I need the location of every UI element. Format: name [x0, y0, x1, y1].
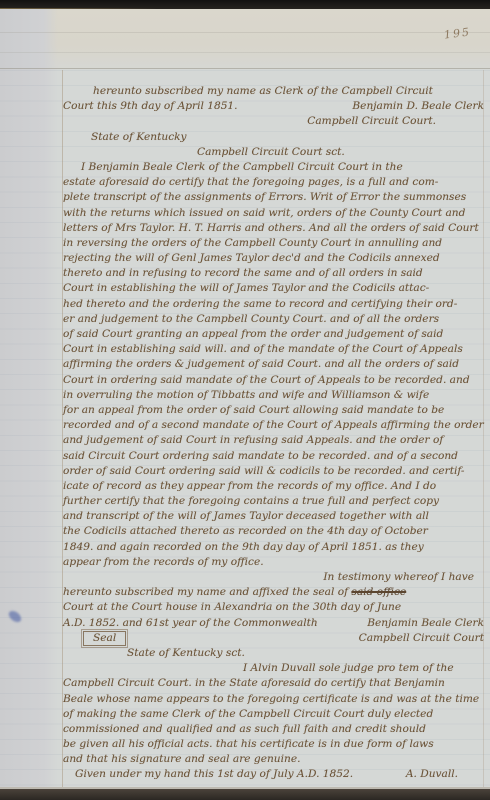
line-17: of said Court granting an appeal from th…	[63, 327, 484, 342]
line-24: and judgement of said Court in refusing …	[63, 433, 484, 448]
line-19: affirming the orders & judgement of said…	[63, 357, 484, 372]
line-22: for an appeal from the order of said Cou…	[63, 403, 484, 418]
seal-stamp: Seal	[83, 631, 126, 646]
line-09: with the returns which issued on said wr…	[63, 206, 484, 221]
line-23: recorded and of a second mandate of the …	[63, 418, 484, 433]
book-bottom-edge	[0, 789, 490, 800]
ruled-line	[0, 52, 490, 53]
line-18: Court in establishing said will. and of …	[63, 342, 484, 357]
line-31: 1849. and again recorded on the 9th day …	[63, 540, 484, 555]
line-40: Campbell Circuit Court. in the State afo…	[63, 676, 484, 691]
line-33-testimony: In testimony whereof I have	[63, 570, 484, 585]
line-46-attestation: Given under my hand this 1st day of July…	[75, 767, 353, 782]
signature-benjamin-d-beale: Benjamin D. Beale Clerk	[352, 99, 484, 114]
line-10: letters of Mrs Taylor. H. T. Harris and …	[63, 221, 484, 236]
line-06: I Benjamin Beale Clerk of the Campbell C…	[63, 160, 484, 175]
line-02: Court this 9th day of April 1851. Benjam…	[63, 99, 484, 114]
line-34-text: hereunto subscribed my name and affixed …	[63, 586, 351, 598]
line-34: hereunto subscribed my name and affixed …	[63, 585, 484, 600]
struck-out-words: said office	[351, 586, 406, 598]
line-26: order of said Court ordering said will &…	[63, 464, 484, 479]
line-03: Campbell Circuit Court.	[63, 114, 484, 129]
line-12: rejecting the will of Genl James Taylor …	[63, 251, 484, 266]
line-13: thereto and in refusing to record the sa…	[63, 266, 484, 281]
line-45: and that his signature and seal are genu…	[63, 752, 484, 767]
line-07: estate aforesaid do certify that the for…	[63, 175, 484, 190]
line-37-court: Campbell Circuit Court	[359, 631, 484, 646]
line-32: appear from the records of my office.	[63, 555, 484, 570]
line-43: commissioned and qualified and as such f…	[63, 722, 484, 737]
line-02-date: Court this 9th day of April 1851.	[63, 99, 238, 114]
line-35: Court at the Court house in Alexandria o…	[63, 600, 484, 615]
line-39: I Alvin Duvall sole judge pro tem of the	[63, 661, 484, 676]
line-04-state-heading: State of Kentucky	[63, 130, 484, 145]
overlapping-page-edge	[0, 68, 490, 69]
line-28: further certify that the foregoing conta…	[63, 494, 484, 509]
line-42: of making the same Clerk of the Campbell…	[63, 707, 484, 722]
line-46: Given under my hand this 1st day of July…	[63, 767, 484, 782]
book-top-edge	[0, 0, 490, 9]
line-01: hereunto subscribed my name as Clerk of …	[63, 84, 484, 99]
line-41: Beale whose name appears to the foregoin…	[63, 692, 484, 707]
line-29: and transcript of the will of James Tayl…	[63, 509, 484, 524]
line-15: hed thereto and the ordering the same to…	[63, 297, 484, 312]
signature-a-duvall: A. Duvall.	[406, 767, 484, 782]
line-44: be given all his official acts. that his…	[63, 737, 484, 752]
line-08: plete transcript of the assignments of E…	[63, 190, 484, 205]
line-30: the Codicils attached thereto as recorde…	[63, 524, 484, 539]
line-38-state-heading: State of Kentucky sct.	[63, 646, 484, 661]
line-05-court-heading: Campbell Circuit Court sct.	[63, 145, 484, 160]
ruled-line	[0, 32, 490, 33]
line-14: Court in establishing the will of James …	[63, 281, 484, 296]
line-11: in reversing the orders of the Campbell …	[63, 236, 484, 251]
signature-benjamin-beale: Benjamin Beale Clerk	[367, 616, 484, 631]
line-21: in overruling the motion of Tibbatts and…	[63, 388, 484, 403]
manuscript-text: hereunto subscribed my name as Clerk of …	[63, 84, 484, 783]
scanned-manuscript-page: 195 hereunto subscribed my name as Clerk…	[0, 0, 490, 800]
line-16: er and judgement to the Campbell County …	[63, 312, 484, 327]
paper-top-band	[0, 9, 490, 69]
line-27: icate of record as they appear from the …	[63, 479, 484, 494]
line-37: Seal Campbell Circuit Court	[63, 631, 484, 646]
line-36: A.D. 1852. and 61st year of the Commonwe…	[63, 616, 484, 631]
line-20: Court in ordering said mandate of the Co…	[63, 373, 484, 388]
line-25: said Circuit Court ordering said mandate…	[63, 449, 484, 464]
line-36-date: A.D. 1852. and 61st year of the Commonwe…	[63, 616, 318, 631]
